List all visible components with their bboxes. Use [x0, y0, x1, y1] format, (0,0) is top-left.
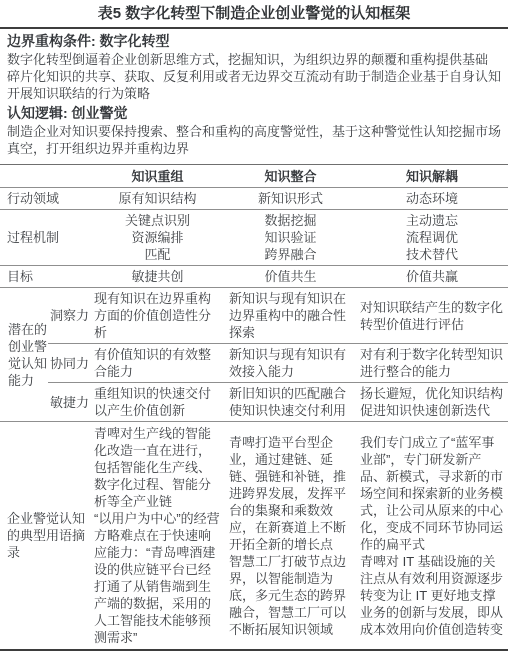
logic-heading: 认知逻辑: 创业警觉: [7, 104, 501, 123]
header-empty-cell: [0, 165, 90, 188]
cell-quotes-decoupling: 我们专门成立了“蓝军事业部”，专门研发新产品、新模式，寻求新的市场空间和探索新的…: [356, 422, 508, 651]
quote-paragraph: “以用户为中心”的经营方略难点在于快速响应能力：“青岛啤酒建设的供应链平台已经打…: [94, 510, 220, 646]
cell-goal-integration: 价值共生: [225, 266, 356, 288]
cell-agility-recombination: 重组知识的快速交付以产生价值创新: [90, 383, 225, 422]
quote-paragraph: 智慧工厂打破节点边界，以智能制造为底，多元生态的跨界融合，智慧工厂可以不断拓展知…: [229, 553, 351, 638]
intro-block: 边界重构条件: 数字化转型 数字化转型倒逼着企业创新思维方式，挖掘知识，为组织边…: [0, 29, 508, 157]
logic-line-1: 制造企业对知识要保持搜索、整合和重构的高度警觉性，基于这种警觉性认知挖掘市场真空…: [7, 123, 501, 157]
table-title: 表5 数字化转型下制造企业创业警觉的认知框架: [6, 4, 502, 23]
column-header-recombination: 知识重组: [90, 165, 225, 188]
paper-table-page: 表5 数字化转型下制造企业创业警觉的认知框架 边界重构条件: 数字化转型 数字化…: [0, 0, 508, 665]
condition-line-1: 数字化转型倒逼着企业创新思维方式，挖掘知识，为组织边界的颠覆和重构提供基础: [7, 51, 501, 68]
quote-paragraph: 我们专门成立了“蓝军事业部”，专门研发新产品、新模式，寻求新的市场空间和探索新的…: [360, 434, 503, 553]
process-item: 技术替代: [360, 246, 504, 263]
process-item: 流程调优: [360, 229, 504, 246]
agility-row: 敏捷力 重组知识的快速交付以产生价值创新 新旧知识的匹配融合使知识快速交付利用 …: [0, 383, 508, 422]
goal-row: 目标 敏捷共创 价值共生 价值共赢: [0, 266, 508, 288]
cell-action-decoupling: 动态环境: [356, 188, 508, 210]
action-domain-row: 行动领域 原有知识结构 新知识形式 动态环境: [0, 188, 508, 210]
process-item: 关键点识别: [94, 212, 221, 229]
row-label-alertness-abilities: 潜在的创业警觉认知能力: [0, 288, 48, 422]
cell-action-recombination: 原有知识结构: [90, 188, 225, 210]
process-item: 资源编排: [94, 229, 221, 246]
process-mechanism-row: 过程机制 关键点识别 资源编排 匹配 数据挖掘 知识验证 跨界融合 主动遗忘 流…: [0, 210, 508, 266]
process-item: 主动遗忘: [360, 212, 504, 229]
sublabel-agility: 敏捷力: [48, 383, 90, 422]
condition-line-2: 碎片化知识的共享、获取、反复利用或者无边界交互流动有助于制造企业基于自身认知开展…: [7, 68, 501, 102]
cell-goal-decoupling: 价值共赢: [356, 266, 508, 288]
condition-heading: 边界重构条件: 数字化转型: [7, 32, 501, 51]
cell-goal-recombination: 敏捷共创: [90, 266, 225, 288]
row-label-process: 过程机制: [0, 210, 90, 266]
quote-paragraph: 青啤对生产线的智能化改造一直在进行，包括智能化生产线、数字化过程、智能分析等全产…: [94, 425, 220, 510]
header-row: 知识重组 知识整合 知识解耦: [0, 165, 508, 188]
row-label-action-domain: 行动领域: [0, 188, 90, 210]
cell-quotes-recombination: 青啤对生产线的智能化改造一直在进行，包括智能化生产线、数字化过程、智能分析等全产…: [90, 422, 225, 651]
cell-insight-decoupling: 对知识联结产生的数字化转型价值进行评估: [356, 288, 508, 344]
sublabel-insight: 洞察力: [48, 288, 90, 344]
process-item: 匹配: [94, 246, 221, 263]
cell-agility-decoupling: 扬长避短，优化知识结构促进知识快速创新迭代: [356, 383, 508, 422]
cell-agility-integration: 新旧知识的匹配融合使知识快速交付利用: [225, 383, 356, 422]
cell-synergy-integration: 新知识与现有知识有效接入能力: [225, 344, 356, 383]
cell-synergy-recombination: 有价值知识的有效整合能力: [90, 344, 225, 383]
column-header-integration: 知识整合: [225, 165, 356, 188]
cell-process-decoupling: 主动遗忘 流程调优 技术替代: [356, 210, 508, 266]
typical-quotes-row: 企业警觉认知的典型用语摘录 青啤对生产线的智能化改造一直在进行，包括智能化生产线…: [0, 422, 508, 651]
cell-insight-recombination: 现有知识在边界重构方面的价值创造性分析: [90, 288, 225, 344]
quote-paragraph: 青啤对 IT 基础设施的关注点从有效利用资源逐步转变为让 IT 更好地支撑业务的…: [360, 553, 503, 638]
quote-paragraph: 青啤打造平台型企业，通过建链、延链、强链和补链，推进跨界发展，发挥平台的集聚和乘…: [229, 434, 351, 553]
insight-row: 潜在的创业警觉认知能力 洞察力 现有知识在边界重构方面的价值创造性分析 新知识与…: [0, 288, 508, 344]
row-label-goal: 目标: [0, 266, 90, 288]
synergy-row: 协同力 有价值知识的有效整合能力 新知识与现有知识有效接入能力 对有利于数字化转…: [0, 344, 508, 383]
cell-action-integration: 新知识形式: [225, 188, 356, 210]
cell-process-recombination: 关键点识别 资源编排 匹配: [90, 210, 225, 266]
sublabel-synergy: 协同力: [48, 344, 90, 383]
cell-quotes-integration: 青啤打造平台型企业，通过建链、延链、强链和补链，推进跨界发展，发挥平台的集聚和乘…: [225, 422, 356, 651]
cell-process-integration: 数据挖掘 知识验证 跨界融合: [225, 210, 356, 266]
process-item: 跨界融合: [229, 246, 352, 263]
cell-synergy-decoupling: 对有利于数字化转型知识进行整合的能力: [356, 344, 508, 383]
framework-table: 知识重组 知识整合 知识解耦 行动领域 原有知识结构 新知识形式 动态环境 过程…: [0, 164, 508, 651]
process-item: 数据挖掘: [229, 212, 352, 229]
cell-insight-integration: 新知识与现有知识在边界重构中的融合性探索: [225, 288, 356, 344]
column-header-decoupling: 知识解耦: [356, 165, 508, 188]
row-label-quotes: 企业警觉认知的典型用语摘录: [0, 422, 90, 651]
process-item: 知识验证: [229, 229, 352, 246]
